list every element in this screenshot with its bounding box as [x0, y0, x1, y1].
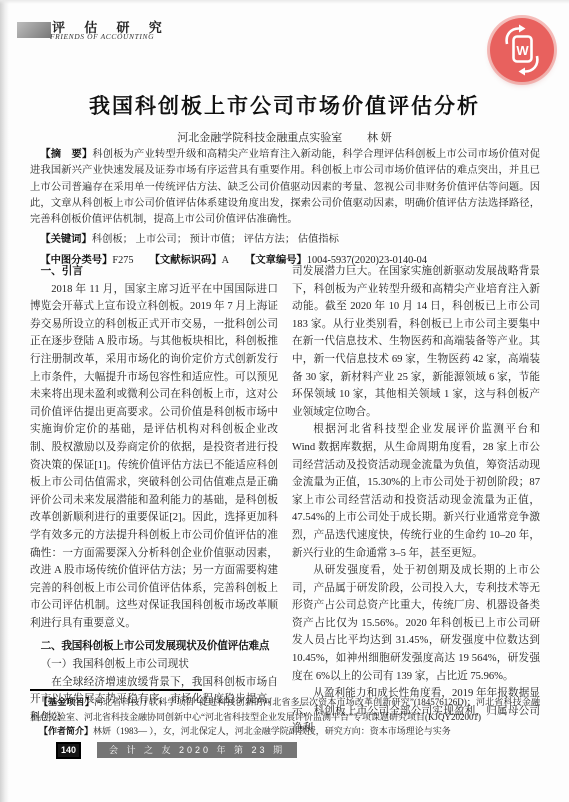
paragraph: 从研发强度看，处于初创期及成长期的上市公司，产品属于研发阶段，公司投入大，专利技… [292, 562, 540, 685]
subsection-heading: （一）我国科创板上市公司现状 [30, 656, 278, 674]
paragraph: 司发展潜力巨大。在国家实施创新驱动发展战略背景下，科创板为产业转型升级和高精尖产… [292, 263, 540, 421]
page-number: 140 [56, 742, 81, 759]
bio-label: 【作者简介】 [39, 726, 93, 736]
article-meta: 【摘 要】科创板为产业转型升级和高精尖产业培育注入新动能，科学合理评估科创板上市… [30, 147, 540, 269]
keywords: 【关键词】科创板； 上市公司； 预计市值； 评估方法； 估值指标 [30, 232, 540, 248]
author-affiliation: 河北金融学院科技金融重点实验室 [177, 132, 342, 144]
bio-text: 林妍（1983— ），女，河北保定人，河北金融学院副教授，研究方向：资本市场理论… [93, 726, 451, 736]
fund-label: 【基金项目】 [39, 697, 94, 707]
journal-issue-bar: 会 计 之 友 2020 年 第 23 期 [97, 742, 297, 758]
masthead-gradient-bar [17, 22, 51, 38]
body-columns: 一、引言 2018 年 11 月，国家主席习近平在中国国际进口博览会开幕式上宣布… [30, 263, 540, 738]
abstract-label: 【摘 要】 [40, 149, 92, 160]
fund-note: 【基金项目】河北省科技厅软科学项目“促进科技创新的河北省多层次资本市场改革创新研… [30, 695, 540, 724]
footnotes: 【基金项目】河北省科技厅软科学项目“促进科技创新的河北省多层次资本市场改革创新研… [30, 689, 540, 739]
abstract: 【摘 要】科创板为产业转型升级和高精尖产业培育注入新动能，科学合理评估科创板上市… [30, 147, 540, 228]
section-heading-1: 一、引言 [30, 263, 278, 281]
journal-name-english: FRIENDS OF ACCOUNTING [50, 32, 154, 41]
right-column: 司发展潜力巨大。在国家实施创新驱动发展战略背景下，科创板为产业转型升级和高精尖产… [292, 263, 540, 738]
section-heading-2: 二、我国科创板上市公司发展现状及价值评估难点 [30, 638, 278, 656]
left-column: 一、引言 2018 年 11 月，国家主席习近平在中国国际进口博览会开幕式上宣布… [30, 263, 278, 738]
journal-page: 评 估 研 究 FRIENDS OF ACCOUNTING W 我国科创板上市公… [0, 0, 569, 802]
svg-text:W: W [516, 43, 529, 58]
abstract-text: 科创板为产业转型升级和高精尖产业培育注入新动能，科学合理评估科创板上市公司市场价… [30, 149, 540, 225]
footnote-divider [30, 689, 202, 691]
author-bio-note: 【作者简介】林妍（1983— ），女，河北保定人，河北金融学院副教授，研究方向：… [30, 724, 540, 739]
page-footer: 140 会 计 之 友 2020 年 第 23 期 [56, 742, 297, 758]
author-name: 林 妍 [367, 132, 392, 144]
fund-text: 河北省科技厅软科学项目“促进科技创新的河北省多层次资本市场改革创新研究”(184… [30, 697, 540, 722]
paragraph: 根据河北省科技型企业发展评价监测平台和 Wind 数据库数据，从生命周期角度看，… [292, 421, 540, 562]
keywords-text: 科创板； 上市公司； 预计市值； 评估方法； 估值指标 [92, 234, 339, 245]
word-convert-watermark-icon[interactable]: W [490, 18, 554, 82]
byline: 河北金融学院科技金融重点实验室 林 妍 [0, 129, 569, 145]
article-title: 我国科创板上市公司市场价值评估分析 [0, 90, 569, 120]
keywords-label: 【关键词】 [40, 234, 91, 245]
refresh-document-icon: W [492, 20, 552, 80]
paragraph: 2018 年 11 月，国家主席习近平在中国国际进口博览会开幕式上宣布设立科创板… [30, 281, 278, 633]
